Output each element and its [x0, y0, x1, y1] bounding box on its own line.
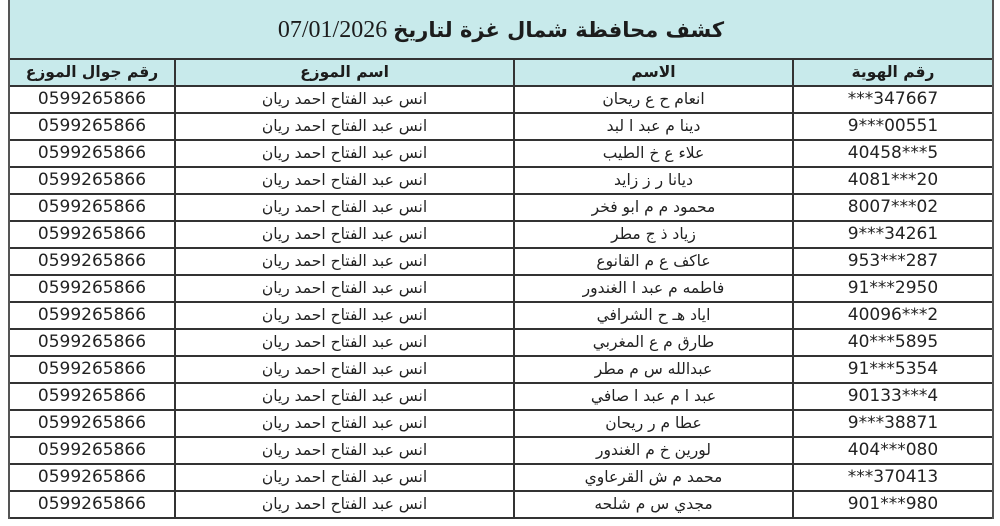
- id-number-cell: 90133***4: [793, 383, 992, 410]
- table-row: 91***5354عبدالله س م مطرانس عبد الفتاح ا…: [10, 356, 992, 383]
- beneficiary-name-cell: عبدالله س م مطر: [514, 356, 793, 383]
- distributor-phone-cell: 0599265866: [10, 167, 175, 194]
- id-number-cell: 9***34261: [793, 221, 992, 248]
- distributor-name-cell: انس عبد الفتاح احمد ريان: [175, 302, 514, 329]
- distribution-sheet: كشف محافظة شمال غزة لتاريخ 07/01/2026 رق…: [8, 0, 994, 519]
- table-row: 9***00551دينا م عبد ا لبدانس عبد الفتاح …: [10, 113, 992, 140]
- distributor-phone-cell: 0599265866: [10, 383, 175, 410]
- id-number-cell: 9***00551: [793, 113, 992, 140]
- beneficiary-name-cell: فاطمه م عبد ا الغندور: [514, 275, 793, 302]
- distributor-phone-cell: 0599265866: [10, 410, 175, 437]
- beneficiary-name-cell: اياد هـ ح الشرافي: [514, 302, 793, 329]
- distributor-name-cell: انس عبد الفتاح احمد ريان: [175, 113, 514, 140]
- table-row: 40***5895طارق م ع المغربيانس عبد الفتاح …: [10, 329, 992, 356]
- id-number-cell: 40096***2: [793, 302, 992, 329]
- distributor-name-cell: انس عبد الفتاح احمد ريان: [175, 329, 514, 356]
- table-body: ***347667انعام ح ع ريحانانس عبد الفتاح ا…: [10, 86, 992, 518]
- beneficiary-name-cell: طارق م ع المغربي: [514, 329, 793, 356]
- beneficiary-name-cell: ديانا ر ز زايد: [514, 167, 793, 194]
- beneficiary-name-cell: محمود م م ابو فخر: [514, 194, 793, 221]
- beneficiary-name-cell: عاكف ع م القانوع: [514, 248, 793, 275]
- distributor-name-cell: انس عبد الفتاح احمد ريان: [175, 410, 514, 437]
- id-number-cell: 8007***02: [793, 194, 992, 221]
- beneficiary-name-cell: محمد م ش القرعاوي: [514, 464, 793, 491]
- distributor-phone-cell: 0599265866: [10, 248, 175, 275]
- id-number-cell: ***347667: [793, 86, 992, 113]
- table-row: 404***080لورين خ م الغندورانس عبد الفتاح…: [10, 437, 992, 464]
- column-header-id: رقم الهوية: [793, 60, 992, 86]
- distributor-name-cell: انس عبد الفتاح احمد ريان: [175, 194, 514, 221]
- distributor-name-cell: انس عبد الفتاح احمد ريان: [175, 383, 514, 410]
- distributor-name-cell: انس عبد الفتاح احمد ريان: [175, 221, 514, 248]
- beneficiary-name-cell: زياد ذ ج مطر: [514, 221, 793, 248]
- beneficiary-name-cell: علاء ع خ الطيب: [514, 140, 793, 167]
- table-row: 40458***5علاء ع خ الطيبانس عبد الفتاح اح…: [10, 140, 992, 167]
- distributor-phone-cell: 0599265866: [10, 302, 175, 329]
- distributor-phone-cell: 0599265866: [10, 221, 175, 248]
- distributor-name-cell: انس عبد الفتاح احمد ريان: [175, 248, 514, 275]
- id-number-cell: 9***38871: [793, 410, 992, 437]
- distributor-name-cell: انس عبد الفتاح احمد ريان: [175, 437, 514, 464]
- table-row: 91***2950فاطمه م عبد ا الغندورانس عبد ال…: [10, 275, 992, 302]
- column-header-phone: رقم جوال الموزع: [10, 60, 175, 86]
- distributor-name-cell: انس عبد الفتاح احمد ريان: [175, 464, 514, 491]
- id-number-cell: 404***080: [793, 437, 992, 464]
- table-row: 90133***4عبد ا م عبد ا صافيانس عبد الفتا…: [10, 383, 992, 410]
- distributor-phone-cell: 0599265866: [10, 275, 175, 302]
- table-row: 901***980مجدي س م شلحهانس عبد الفتاح احم…: [10, 491, 992, 518]
- beneficiary-name-cell: عبد ا م عبد ا صافي: [514, 383, 793, 410]
- distributor-phone-cell: 0599265866: [10, 86, 175, 113]
- table-row: 4081***20ديانا ر ز زايدانس عبد الفتاح اح…: [10, 167, 992, 194]
- id-number-cell: 953***287: [793, 248, 992, 275]
- id-number-cell: 901***980: [793, 491, 992, 518]
- beneficiary-name-cell: مجدي س م شلحه: [514, 491, 793, 518]
- title-band: كشف محافظة شمال غزة لتاريخ 07/01/2026: [10, 0, 992, 60]
- distributor-phone-cell: 0599265866: [10, 113, 175, 140]
- table-header-row: رقم الهوية الاسم اسم الموزع رقم جوال الم…: [10, 60, 992, 86]
- table-row: 8007***02محمود م م ابو فخرانس عبد الفتاح…: [10, 194, 992, 221]
- distributor-phone-cell: 0599265866: [10, 140, 175, 167]
- distributor-name-cell: انس عبد الفتاح احمد ريان: [175, 140, 514, 167]
- beneficiary-name-cell: انعام ح ع ريحان: [514, 86, 793, 113]
- table-row: ***347667انعام ح ع ريحانانس عبد الفتاح ا…: [10, 86, 992, 113]
- column-header-name: الاسم: [514, 60, 793, 86]
- distributor-name-cell: انس عبد الفتاح احمد ريان: [175, 356, 514, 383]
- id-number-cell: 40458***5: [793, 140, 992, 167]
- table-row: ***370413محمد م ش القرعاويانس عبد الفتاح…: [10, 464, 992, 491]
- id-number-cell: 91***2950: [793, 275, 992, 302]
- distributor-name-cell: انس عبد الفتاح احمد ريان: [175, 86, 514, 113]
- table-row: 9***38871عطا م ر ريحانانس عبد الفتاح احم…: [10, 410, 992, 437]
- id-number-cell: 40***5895: [793, 329, 992, 356]
- distributor-phone-cell: 0599265866: [10, 491, 175, 518]
- page-title: كشف محافظة شمال غزة لتاريخ: [393, 18, 724, 42]
- beneficiary-name-cell: لورين خ م الغندور: [514, 437, 793, 464]
- distributor-name-cell: انس عبد الفتاح احمد ريان: [175, 491, 514, 518]
- distributor-phone-cell: 0599265866: [10, 329, 175, 356]
- distributor-phone-cell: 0599265866: [10, 356, 175, 383]
- distributor-name-cell: انس عبد الفتاح احمد ريان: [175, 167, 514, 194]
- distributor-phone-cell: 0599265866: [10, 437, 175, 464]
- distributor-name-cell: انس عبد الفتاح احمد ريان: [175, 275, 514, 302]
- table-row: 9***34261زياد ذ ج مطرانس عبد الفتاح احمد…: [10, 221, 992, 248]
- column-header-distributor: اسم الموزع: [175, 60, 514, 86]
- id-number-cell: 4081***20: [793, 167, 992, 194]
- beneficiary-name-cell: عطا م ر ريحان: [514, 410, 793, 437]
- report-date: 07/01/2026: [278, 17, 387, 44]
- distributor-phone-cell: 0599265866: [10, 464, 175, 491]
- table-row: 40096***2اياد هـ ح الشرافيانس عبد الفتاح…: [10, 302, 992, 329]
- beneficiaries-table: رقم الهوية الاسم اسم الموزع رقم جوال الم…: [10, 60, 992, 519]
- table-row: 953***287عاكف ع م القانوعانس عبد الفتاح …: [10, 248, 992, 275]
- distributor-phone-cell: 0599265866: [10, 194, 175, 221]
- id-number-cell: 91***5354: [793, 356, 992, 383]
- beneficiary-name-cell: دينا م عبد ا لبد: [514, 113, 793, 140]
- id-number-cell: ***370413: [793, 464, 992, 491]
